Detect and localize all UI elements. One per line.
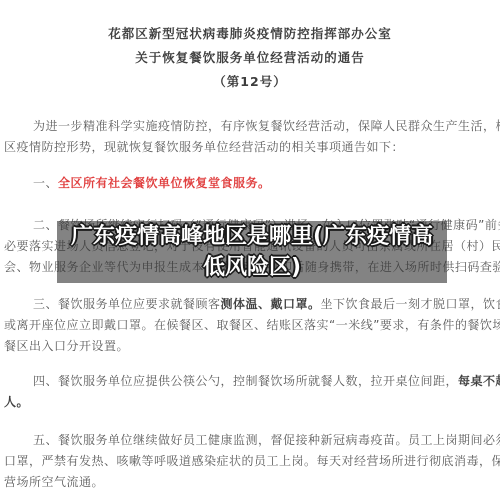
- emphasis-text: 测体温、戴口罩。: [221, 297, 321, 311]
- paragraph-line: 或离开座位应立即戴口罩。在候餐区、取餐区、结账区落实“一米线”要求，有条件的餐饮…: [4, 315, 500, 336]
- body-text: 餐区出入口分开设置。: [4, 339, 129, 353]
- paragraph-line: 五、餐饮服务单位继续做好员工健康监测，督促接种新冠病毒疫苗。员工上岗期间必须佩戴: [4, 430, 500, 451]
- body-text: 四、餐饮服务单位应提供公筷公勺，控制餐饮场所就餐人数，拉开桌位间距，: [33, 374, 458, 388]
- body-text: 口罩，严禁有发热、咳嗽等呼吸道感染症状的员工上岗。每天对经营场所进行彻底消毒，保…: [4, 454, 500, 468]
- paragraph-line: 区疫情防控形势，现就恢复餐饮服务单位经营活动的相关事项通告如下：: [4, 137, 500, 158]
- notice-page: 花都区新型冠状病毒肺炎疫情防控指挥部办公室 关于恢复餐饮服务单位经营活动的通告 …: [0, 0, 500, 504]
- body-text: 为进一步精准科学实施疫情防控，有序恢复餐饮经营活动，保障人民群众生产生活，根据我: [33, 119, 500, 133]
- body-text: 营场所空气流通。: [4, 475, 104, 489]
- watermark-banner: 广东疫情高峰地区是哪里(广东疫情高 低风险区): [57, 221, 447, 283]
- notice-header-org-line: 花都区新型冠状病毒肺炎疫情防控指挥部办公室: [0, 22, 500, 46]
- paragraph-line: 四、餐饮服务单位应提供公筷公勺，控制餐饮场所就餐人数，拉开桌位间距，每桌不超过1…: [4, 371, 500, 392]
- watermark-title-line-2: 低风险区): [203, 252, 301, 283]
- notice-header-number-line: （第12号）: [0, 70, 500, 94]
- notice-body: 为进一步精准科学实施疫情防控，有序恢复餐饮经营活动，保障人民群众生产生活，根据我…: [0, 116, 500, 493]
- body-text: 坐下饮食最后一刻才脱口罩，饮食完成: [321, 297, 500, 311]
- paragraph-intro: 为进一步精准科学实施疫情防控，有序恢复餐饮经营活动，保障人民群众生产生活，根据我…: [4, 116, 500, 158]
- watermark-title-line-1: 广东疫情高峰地区是哪里(广东疫情高: [71, 221, 433, 252]
- paragraph-line: 人。: [4, 392, 500, 413]
- paragraph-line: 一、全区所有社会餐饮单位恢复堂食服务。: [4, 173, 500, 194]
- body-text: 区疫情防控形势，现就恢复餐饮服务单位经营活动的相关事项通告如下：: [4, 140, 404, 154]
- paragraph-item-5: 五、餐饮服务单位继续做好员工健康监测，督促接种新冠病毒疫苗。员工上岗期间必须佩戴…: [4, 430, 500, 493]
- paragraph-line: 为进一步精准科学实施疫情防控，有序恢复餐饮经营活动，保障人民群众生产生活，根据我: [4, 116, 500, 137]
- paragraph-line: 三、餐饮服务单位应要求就餐顾客测体温、戴口罩。坐下饮食最后一刻才脱口罩，饮食完成: [4, 294, 500, 315]
- emphasis-text: 全区所有社会餐饮单位恢复堂食服务。: [58, 176, 271, 190]
- notice-header: 花都区新型冠状病毒肺炎疫情防控指挥部办公室 关于恢复餐饮服务单位经营活动的通告 …: [0, 0, 500, 94]
- paragraph-line: 餐区出入口分开设置。: [4, 336, 500, 357]
- paragraph-line: 口罩，严禁有发热、咳嗽等呼吸道感染症状的员工上岗。每天对经营场所进行彻底消毒，保…: [4, 451, 500, 472]
- body-text: 一、: [33, 176, 58, 190]
- paragraph-item-1: 一、全区所有社会餐饮单位恢复堂食服务。: [4, 173, 500, 194]
- emphasis-text: 每桌不超过10: [458, 374, 500, 388]
- body-text: 或离开座位应立即戴口罩。在候餐区、取餐区、结账区落实“一米线”要求，有条件的餐饮…: [4, 318, 500, 332]
- body-text: 三、餐饮服务单位应要求就餐顾客: [33, 297, 221, 311]
- emphasis-text: 人。: [4, 395, 29, 409]
- body-text: 五、餐饮服务单位继续做好员工健康监测，督促接种新冠病毒疫苗。员工上岗期间必须佩戴: [33, 433, 500, 447]
- paragraph-item-3: 三、餐饮服务单位应要求就餐顾客测体温、戴口罩。坐下饮食最后一刻才脱口罩，饮食完成…: [4, 294, 500, 357]
- paragraph-item-4: 四、餐饮服务单位应提供公筷公勺，控制餐饮场所就餐人数，拉开桌位间距，每桌不超过1…: [4, 371, 500, 413]
- notice-header-title-line: 关于恢复餐饮服务单位经营活动的通告: [0, 46, 500, 70]
- paragraph-line: 营场所空气流通。: [4, 472, 500, 493]
